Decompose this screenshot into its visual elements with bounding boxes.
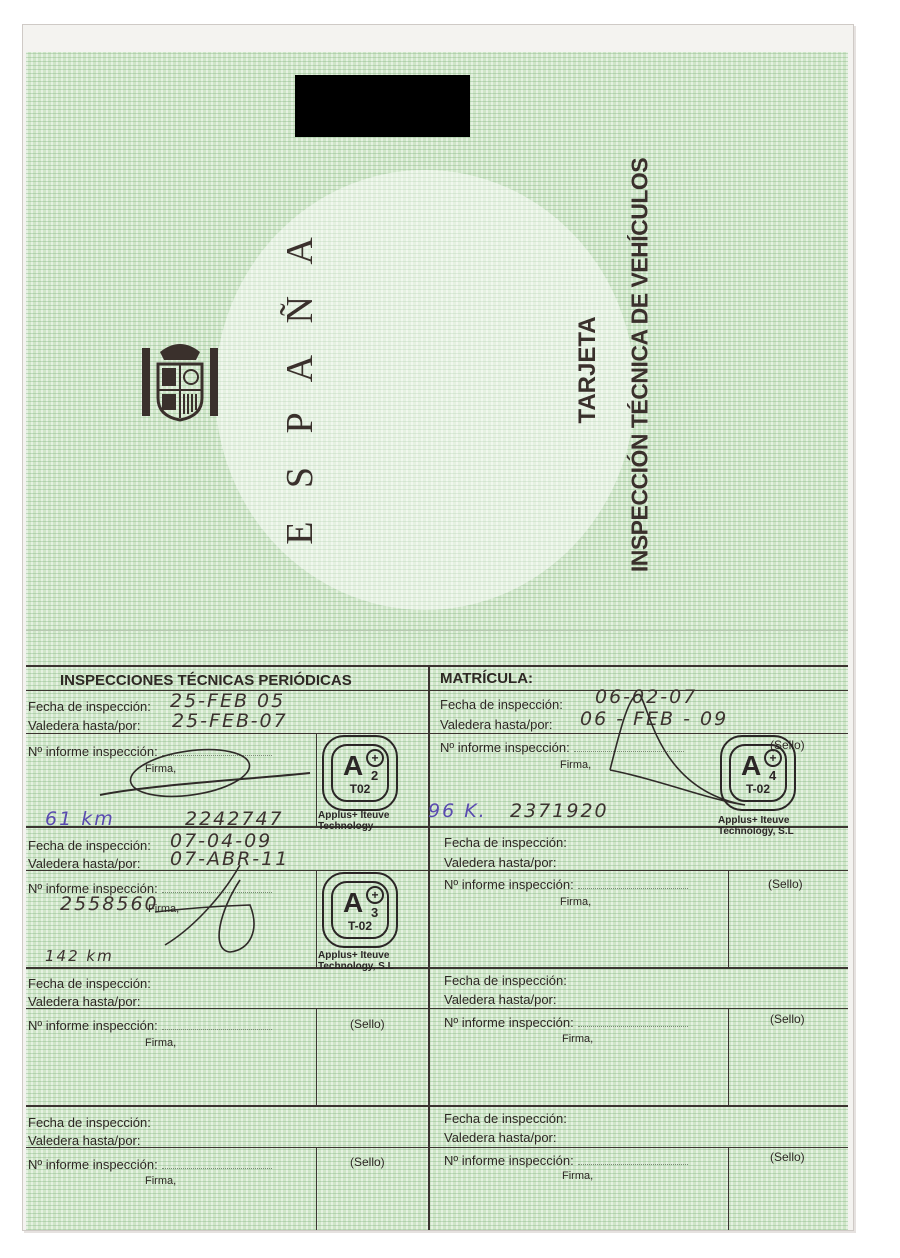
sello-divider bbox=[728, 1008, 729, 1105]
sello-divider bbox=[316, 1147, 317, 1230]
valedera-label: Valedera hasta/por: bbox=[444, 992, 557, 1007]
fecha-label: Fecha de inspección: bbox=[444, 973, 567, 988]
valedera-label: Valedera hasta/por: bbox=[28, 994, 141, 1009]
odometer-note: 96 K. bbox=[428, 800, 487, 822]
table-top-border bbox=[26, 665, 848, 667]
sello-label: (Sello) bbox=[350, 1017, 385, 1031]
fecha-label: Fecha de inspección: bbox=[444, 835, 567, 850]
coat-of-arms-icon bbox=[140, 340, 220, 425]
informe-label: Nº informe inspección: bbox=[28, 1018, 272, 1033]
informe-value: 2558560 bbox=[60, 893, 159, 915]
odometer-note: 142 km bbox=[45, 947, 114, 965]
block-divider bbox=[26, 1105, 848, 1107]
stamp-company: Applus+ Iteuve Technology, S.L bbox=[318, 950, 418, 972]
fecha-label: Fecha de inspección: bbox=[440, 697, 563, 712]
informe-label: Nº informe inspección: bbox=[28, 1157, 272, 1172]
valedera-label: Valedera hasta/por: bbox=[440, 717, 553, 732]
valedera-value: 25-FEB-07 bbox=[172, 710, 288, 732]
firma-label: Firma, bbox=[145, 1037, 176, 1049]
row-divider bbox=[26, 1147, 848, 1148]
sello-divider bbox=[316, 870, 317, 967]
informe-label: Nº informe inspección: bbox=[444, 1015, 688, 1030]
card-title: TARJETA bbox=[574, 316, 602, 423]
sello-divider bbox=[728, 1147, 729, 1230]
stamp-company: Applus+ Iteuve Technology, S.L bbox=[718, 815, 818, 837]
firma-label: Firma, bbox=[560, 896, 591, 908]
signature bbox=[90, 745, 320, 815]
valedera-label: Valedera hasta/por: bbox=[444, 855, 557, 870]
fecha-label: Fecha de inspección: bbox=[28, 976, 151, 991]
firma-label: Firma, bbox=[560, 759, 591, 771]
matricula-header: MATRÍCULA: bbox=[440, 670, 533, 687]
stamp-company: Applus+ Iteuve Technology bbox=[318, 810, 398, 832]
informe-label: Nº informe inspección: bbox=[444, 877, 688, 892]
extra-number: 2371920 bbox=[510, 800, 609, 822]
sello-label: (Sello) bbox=[770, 1150, 805, 1164]
left-section-header: INSPECCIONES TÉCNICAS PERIÓDICAS bbox=[60, 672, 352, 689]
informe-label: Nº informe inspección: bbox=[444, 1153, 688, 1168]
valedera-label: Valedera hasta/por: bbox=[28, 856, 141, 871]
sello-label: (Sello) bbox=[770, 1012, 805, 1026]
block-divider bbox=[26, 967, 848, 969]
fecha-label: Fecha de inspección: bbox=[28, 838, 151, 853]
fecha-label: Fecha de inspección: bbox=[28, 699, 151, 714]
country-title: E S P A Ñ A bbox=[278, 225, 322, 545]
redacted-area bbox=[295, 75, 470, 137]
itv-stamp: A + 2 T02 bbox=[322, 735, 398, 811]
valedera-label: Valedera hasta/por: bbox=[28, 718, 141, 733]
center-divider bbox=[428, 665, 430, 1230]
row-divider bbox=[26, 1008, 848, 1009]
sello-divider bbox=[728, 870, 729, 967]
sello-divider bbox=[316, 1008, 317, 1105]
firma-label: Firma, bbox=[562, 1033, 593, 1045]
fecha-label: Fecha de inspección: bbox=[28, 1115, 151, 1130]
sello-label: (Sello) bbox=[768, 877, 803, 891]
firma-label: Firma, bbox=[145, 1175, 176, 1187]
fecha-value: 25-FEB 05 bbox=[170, 690, 285, 712]
firma-label: Firma, bbox=[562, 1170, 593, 1182]
card-subtitle: INSPECCIÓN TÉCNICA DE VEHÍCULOS bbox=[627, 158, 654, 572]
fold-line bbox=[26, 630, 848, 631]
valedera-label: Valedera hasta/por: bbox=[444, 1130, 557, 1145]
itv-stamp: A + 3 T-02 bbox=[322, 872, 398, 948]
signature bbox=[150, 860, 260, 955]
itv-stamp: A + 4 T-02 bbox=[720, 735, 796, 811]
valedera-label: Valedera hasta/por: bbox=[28, 1133, 141, 1148]
fecha-label: Fecha de inspección: bbox=[444, 1111, 567, 1126]
sello-label: (Sello) bbox=[350, 1155, 385, 1169]
